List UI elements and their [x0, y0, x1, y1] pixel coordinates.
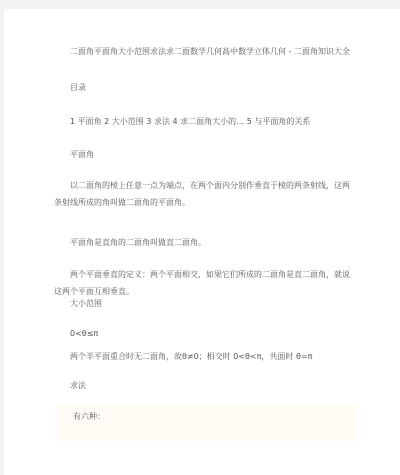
section-heading-plane-angle: 平面角: [70, 150, 94, 160]
paragraph-right-dihedral: 平面角是直角的二面角叫做直二面角。: [54, 234, 352, 251]
toc-heading: 目录: [70, 83, 86, 93]
document-page: 二面角平面角大小范围求法求二面数学几何高中数学立体几何 - 二面角知识大全 目录…: [4, 9, 400, 475]
section-heading-method: 求法: [70, 381, 86, 391]
section-heading-range: 大小范围: [70, 299, 102, 309]
paragraph-range-explanation: 两个半平面重合时无二面角，故θ≠0；相交时 0<θ<π，共面时 θ=π: [70, 352, 312, 362]
callout-box: 有六种：: [57, 405, 357, 441]
callout-text: 有六种：: [73, 412, 105, 422]
paragraph-plane-angle-definition: 以二面角的棱上任意一点为端点，在两个面内分别作垂直于棱的两条射线，这两条射线所成…: [54, 177, 352, 211]
range-formula: 0<θ≤π: [70, 329, 98, 339]
toc-items[interactable]: 1 平面角 2 大小范围 3 求法 4 求二面角大小的… 5 与平面角的关系: [70, 117, 310, 127]
paragraph-perpendicular-planes: 两个平面垂直的定义：两个平面相交，如果它们所成的二面角是直二面角，就说这两个平面…: [54, 266, 352, 300]
document-title: 二面角平面角大小范围求法求二面数学几何高中数学立体几何 - 二面角知识大全: [70, 47, 350, 57]
